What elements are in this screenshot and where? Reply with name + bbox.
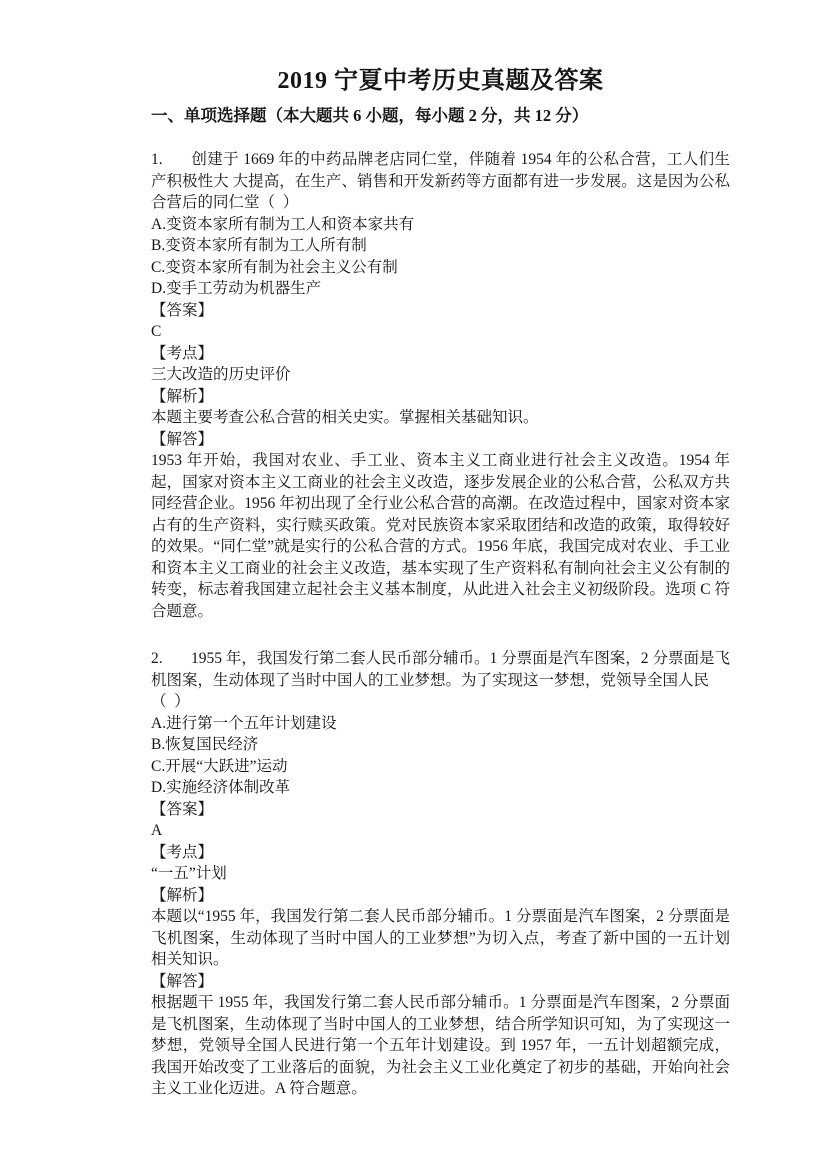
key-point-value: “一五”计划: [151, 863, 730, 885]
section-heading: 一、单项选择题（本大题共 6 小题，每小题 2 分，共 12 分）: [151, 105, 730, 127]
option-b: B.恢复国民经济: [151, 734, 730, 756]
analysis-text: 本题以“1955 年，我国发行第二套人民币部分辅币。1 分票面是汽车图案，2 分…: [151, 906, 730, 971]
key-point-label: 【考点】: [151, 343, 730, 365]
question-stem-text: 1955 年，我国发行第二套人民币部分辅币。1 分票面是汽车图案，2 分票面是飞…: [151, 650, 730, 710]
option-c: C.变资本家所有制为社会主义公有制: [151, 257, 730, 279]
question-1: 1.创建于 1669 年的中药品牌老店同仁堂，伴随着 1954 年的公私合营，工…: [151, 149, 730, 622]
solution-text: 1953 年开始，我国对农业、手工业、资本主义工商业进行社会主义改造。1954 …: [151, 450, 730, 622]
option-a: A.进行第一个五年计划建设: [151, 713, 730, 735]
analysis-label: 【解析】: [151, 885, 730, 907]
question-2: 2.1955 年，我国发行第二套人民币部分辅币。1 分票面是汽车图案，2 分票面…: [151, 648, 730, 1100]
question-stem: 1.创建于 1669 年的中药品牌老店同仁堂，伴随着 1954 年的公私合营，工…: [151, 149, 730, 214]
question-number: 2.: [151, 648, 191, 670]
solution-label: 【解答】: [151, 971, 730, 993]
key-point-value: 三大改造的历史评价: [151, 364, 730, 386]
key-point-label: 【考点】: [151, 842, 730, 864]
question-stem-text: 创建于 1669 年的中药品牌老店同仁堂，伴随着 1954 年的公私合营，工人们…: [151, 151, 730, 211]
analysis-label: 【解析】: [151, 386, 730, 408]
option-d: D.实施经济体制改革: [151, 777, 730, 799]
question-stem: 2.1955 年，我国发行第二套人民币部分辅币。1 分票面是汽车图案，2 分票面…: [151, 648, 730, 713]
option-b: B.变资本家所有制为工人所有制: [151, 235, 730, 257]
analysis-text: 本题主要考查公私合营的相关史实。掌握相关基础知识。: [151, 407, 730, 429]
question-number: 1.: [151, 149, 191, 171]
answer-value: C: [151, 321, 730, 343]
document-page: 2019 宁夏中考历史真题及答案 一、单项选择题（本大题共 6 小题，每小题 2…: [0, 0, 827, 1169]
option-d: D.变手工劳动为机器生产: [151, 278, 730, 300]
option-a: A.变资本家所有制为工人和资本家共有: [151, 214, 730, 236]
solution-text: 根据题干 1955 年，我国发行第二套人民币部分辅币。1 分票面是汽车图案，2 …: [151, 992, 730, 1100]
option-c: C.开展“大跃进”运动: [151, 756, 730, 778]
answer-label: 【答案】: [151, 799, 730, 821]
answer-label: 【答案】: [151, 300, 730, 322]
document-title: 2019 宁夏中考历史真题及答案: [151, 64, 730, 98]
questions-container: 1.创建于 1669 年的中药品牌老店同仁堂，伴随着 1954 年的公私合营，工…: [151, 149, 730, 1100]
answer-value: A: [151, 820, 730, 842]
solution-label: 【解答】: [151, 429, 730, 451]
